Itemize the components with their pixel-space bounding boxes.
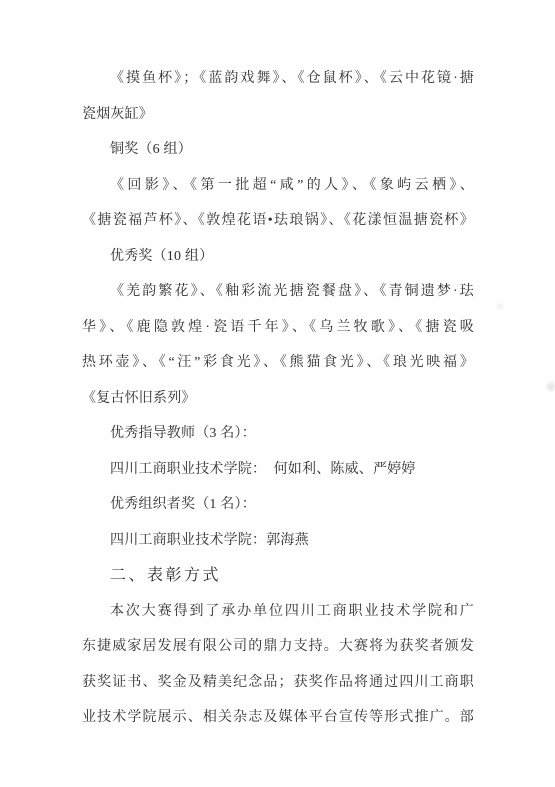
text-line: 华》、《鹿隐敦煌·瓷语千年》、《乌兰牧歌》、《搪瓷吸 [82, 310, 474, 346]
award-tier-label: 优秀组织者奖（1 名）： [82, 487, 474, 523]
document-page: 《摸鱼杯》；《蓝韵戏舞》、《仓鼠杯》、《云中花镜·搪 瓷烟灰缸》 铜奖（6 组）… [0, 0, 555, 787]
text-line: 东捷威家居发展有限公司的鼎力支持。大赛将为获奖者颁发 [82, 629, 474, 665]
award-tier-label: 优秀奖（10 组） [82, 239, 474, 275]
text-line: 《回影》、《第一批超“咸”的人》、《象屿云栖》、 [82, 168, 474, 204]
text-line: 四川工商职业技术学院： 何如利、陈威、严婷婷 [82, 452, 474, 488]
text-line: 瓷烟灰缸》 [82, 97, 474, 133]
text-line: 热环壶》、《“汪”彩食光》、《熊猫食光》、《琅光映福》 [82, 345, 474, 381]
document-text-block: 《摸鱼杯》；《蓝韵戏舞》、《仓鼠杯》、《云中花镜·搪 瓷烟灰缸》 铜奖（6 组）… [82, 61, 474, 736]
award-tier-label: 优秀指导教师（3 名）： [82, 416, 474, 452]
text-line: 《复古怀旧系列》 [82, 381, 474, 417]
text-line: 本次大赛得到了承办单位四川工商职业技术学院和广 [82, 594, 474, 630]
text-line: 《摸鱼杯》；《蓝韵戏舞》、《仓鼠杯》、《云中花镜·搪 [82, 61, 474, 97]
text-line: 业技术学院展示、相关杂志及媒体平台宣传等形式推广。部 [82, 700, 474, 736]
scan-artifact [497, 303, 503, 309]
text-line: 《搪瓷福芦杯》、《敦煌花语•珐琅锅》、《花漾恒温搪瓷杯》 [82, 203, 474, 239]
scan-artifact [547, 382, 555, 391]
award-tier-label: 铜奖（6 组） [82, 132, 474, 168]
section-heading: 二、表彰方式 [82, 558, 474, 594]
text-line: 四川工商职业技术学院：郭海燕 [82, 523, 474, 559]
text-line: 获奖证书、奖金及精美纪念品；获奖作品将通过四川工商职 [82, 665, 474, 701]
text-line: 《羌韵繁花》、《釉彩流光搪瓷餐盘》、《青铜遗梦·珐 [82, 274, 474, 310]
